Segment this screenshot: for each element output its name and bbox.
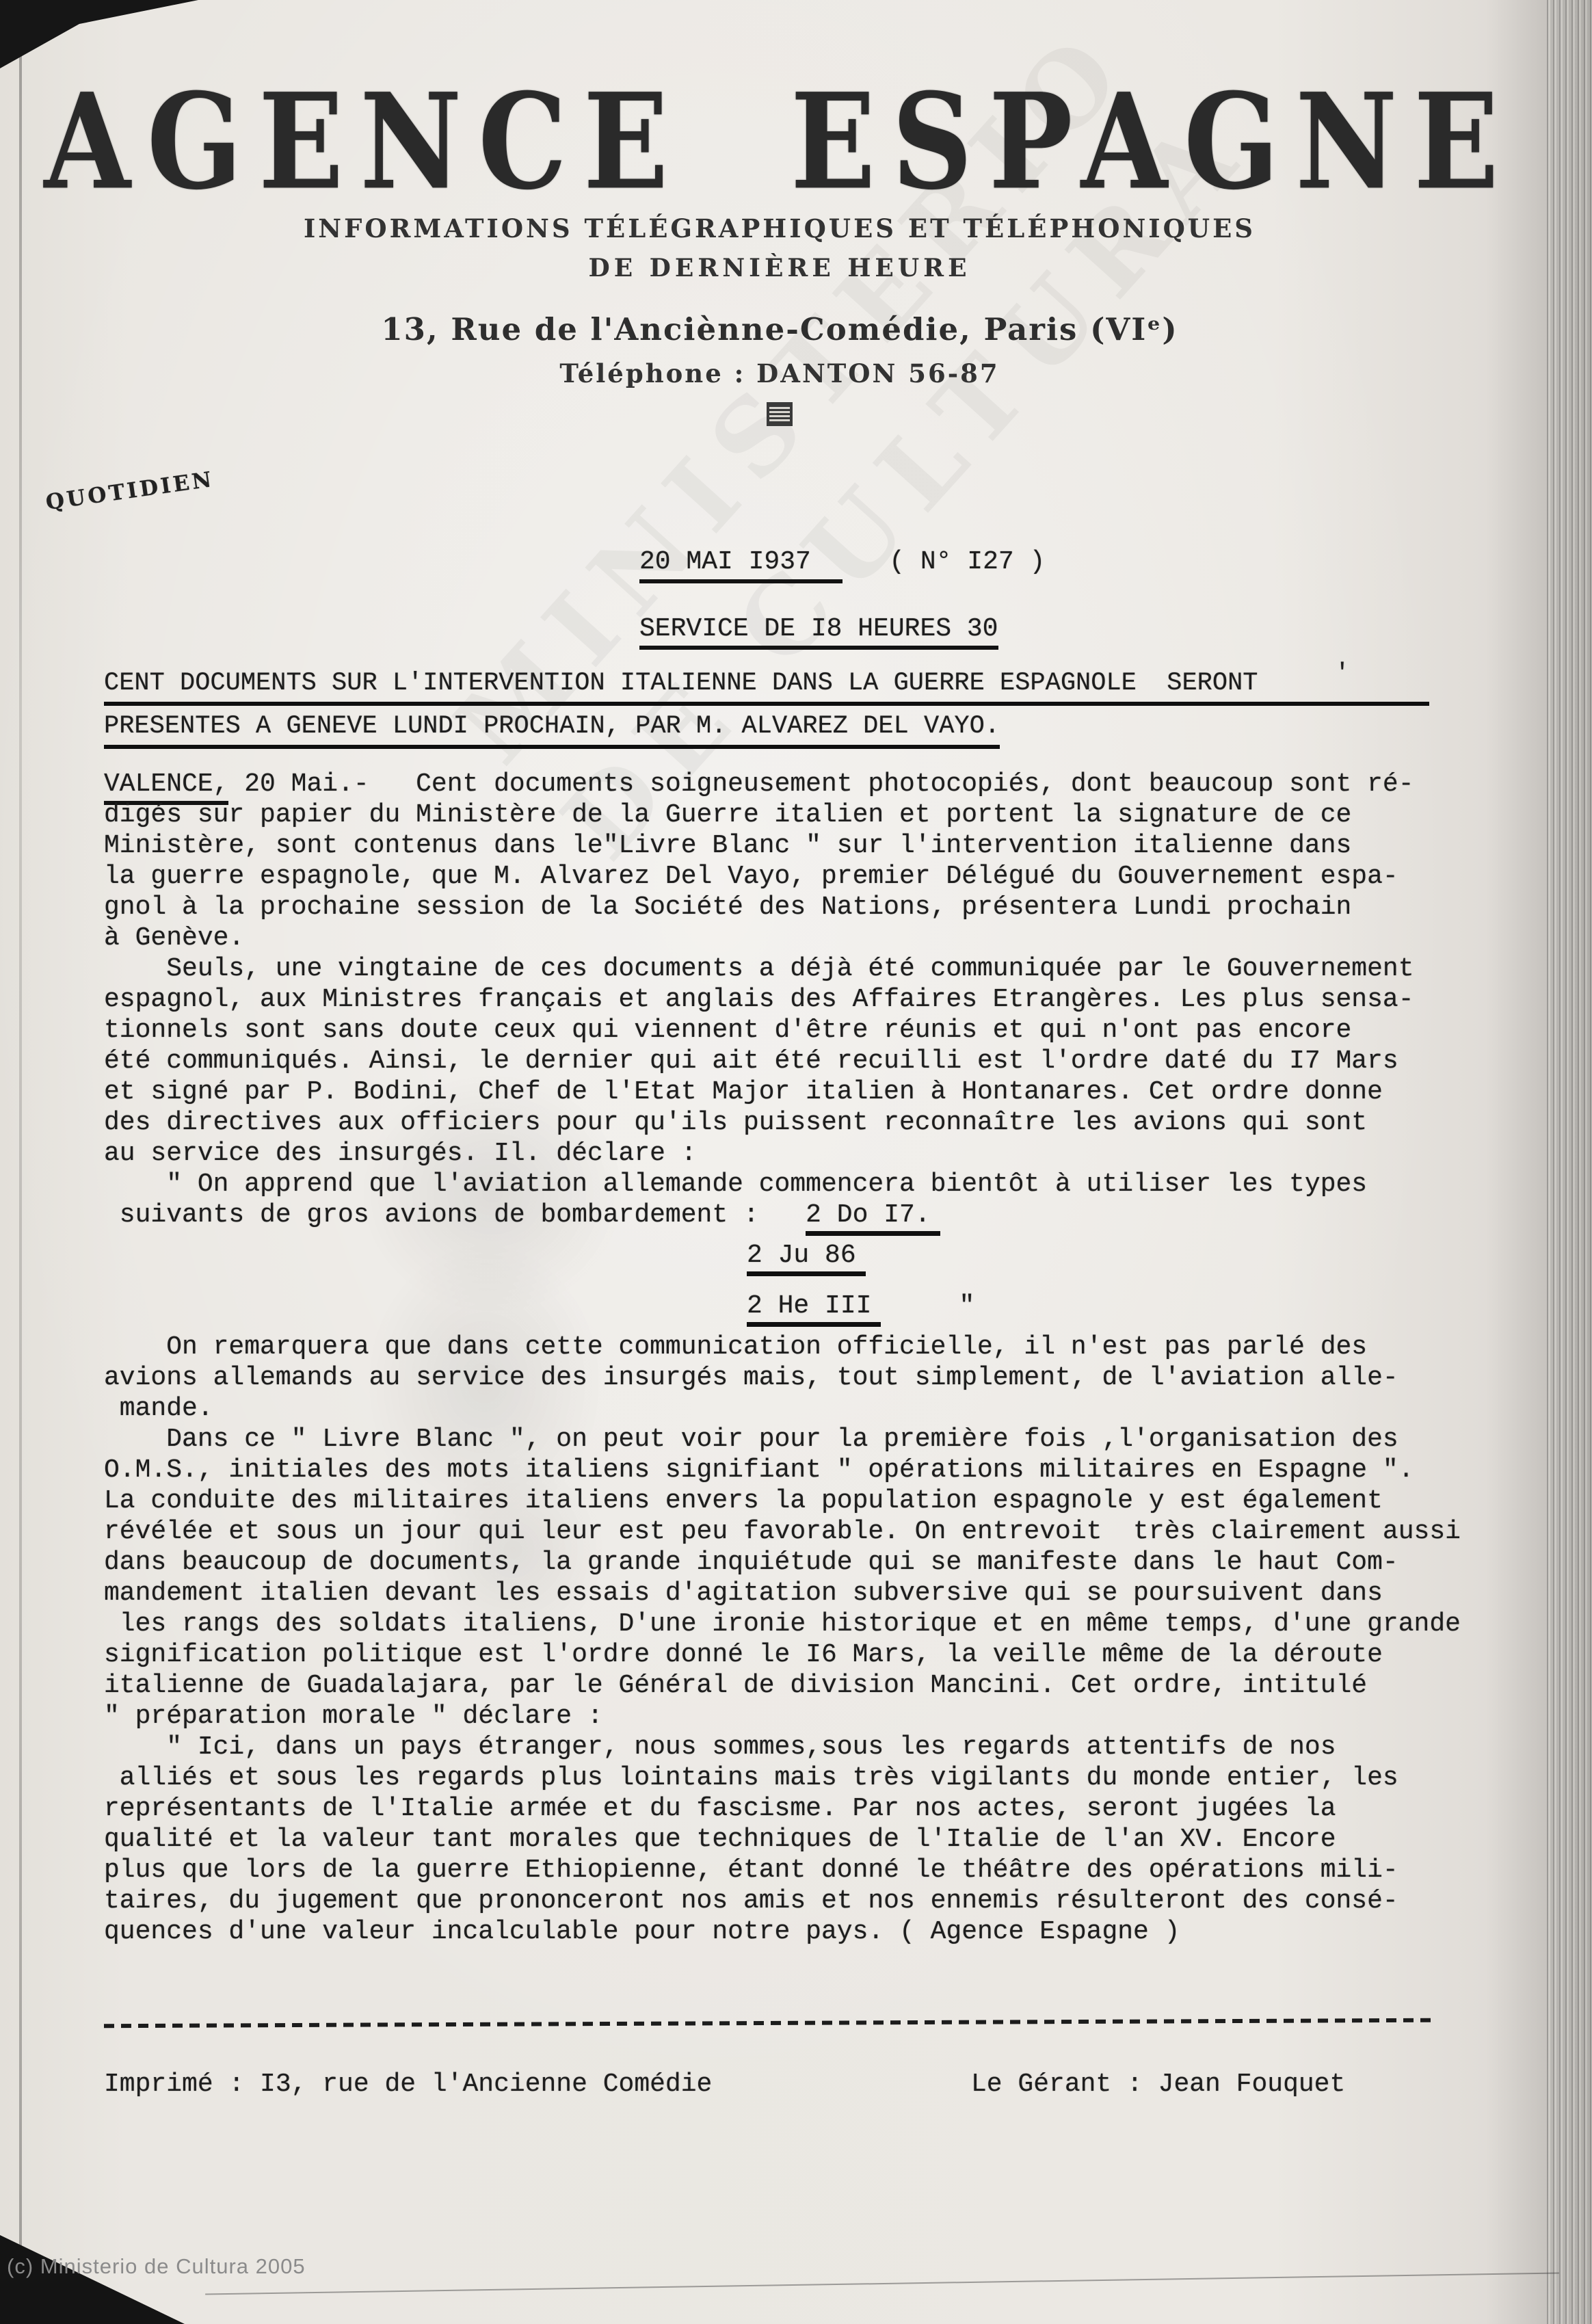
agency-title: AGENCE ESPAGNE: [41, 65, 1518, 219]
body-line: révélée et sous un jour qui leur est peu…: [104, 1516, 1523, 1547]
body-line: VALENCE, 20 Mai.- Cent documents soigneu…: [104, 769, 1523, 800]
printer-ornament-icon: [769, 405, 790, 423]
body-line: " Ici, dans un pays étranger, nous somme…: [104, 1732, 1523, 1762]
body-line: représentants de l'Italie armée et du fa…: [104, 1793, 1523, 1824]
issue-date: 20 MAI I937: [639, 547, 843, 583]
body-line: à Genève.: [104, 923, 1523, 953]
body-line: la guerre espagnole, que M. Alvarez Del …: [104, 861, 1523, 892]
body-line: espagnol, aux Ministres français et angl…: [104, 984, 1523, 1015]
footer-manager: Le Gérant : Jean Fouquet: [971, 2070, 1345, 2099]
article-body: VALENCE, 20 Mai.- Cent documents soigneu…: [104, 769, 1523, 1947]
service-label: SERVICE DE I8 HEURES 30: [639, 614, 998, 650]
aircraft-item: 2 He III: [747, 1291, 881, 1327]
body-line: Dans ce " Livre Blanc ", on peut voir po…: [104, 1424, 1523, 1455]
headline-line-2: PRESENTES A GENEVE LUNDI PROCHAIN, PAR M…: [104, 712, 1000, 749]
body-line: Seuls, une vingtaine de ces documents a …: [104, 953, 1523, 984]
body-line-text: 20 Mai.- Cent documents soigneusement ph…: [228, 769, 1414, 799]
masthead-phone: Téléphone : DANTON 56-87: [41, 358, 1518, 388]
body-line: mandement italien devant les essais d'ag…: [104, 1578, 1523, 1609]
masthead-subtitle-2: DE DERNIÈRE HEURE: [41, 254, 1518, 282]
edition-stamp: QUOTIDIEN: [44, 467, 216, 515]
body-line: taires, du jugement que prononceront nos…: [104, 1886, 1523, 1916]
body-line: et signé par P. Bodini, Chef de l'Etat M…: [104, 1077, 1523, 1107]
footer-imprint: Imprimé : I3, rue de l'Ancienne Comédie: [104, 2070, 712, 2099]
body-line: digés sur papier du Ministère de la Guer…: [104, 800, 1523, 830]
aircraft-line: 2 Ju 86: [104, 1230, 1523, 1281]
body-line: des directives aux officiers pour qu'ils…: [104, 1107, 1523, 1138]
body-line: signification politique est l'ordre donn…: [104, 1639, 1523, 1670]
body-line: italienne de Guadalajara, par le Général…: [104, 1670, 1523, 1701]
body-line: au service des insurgés. Il. déclare :: [104, 1138, 1523, 1169]
scan-corner-bottom-left: [0, 2235, 185, 2324]
masthead-address: 13, Rue de l'Anciènne-Comédie, Paris (VI…: [41, 311, 1518, 347]
page-bottom-edge: [205, 2272, 1559, 2295]
aircraft-line: 2 He III ": [104, 1281, 1523, 1332]
headline-stray-mark: ': [1335, 659, 1350, 687]
headline: CENT DOCUMENTS SUR L'INTERVENTION ITALIE…: [104, 669, 1429, 749]
body-line: les rangs des soldats italiens, D'une ir…: [104, 1609, 1523, 1639]
dashed-separator: [104, 2018, 1431, 2028]
body-line: Ministère, sont contenus dans le"Livre B…: [104, 830, 1523, 861]
body-line: été communiqués. Ainsi, le dernier qui a…: [104, 1046, 1523, 1077]
body-line: suivants de gros avions de bombardement …: [104, 1200, 1523, 1230]
service-line: SERVICE DE I8 HEURES 30: [639, 614, 998, 644]
closing-quote: ": [881, 1291, 974, 1321]
body-line: O.M.S., initiales des mots italiens sign…: [104, 1455, 1523, 1485]
body-line: " On apprend que l'aviation allemande co…: [104, 1169, 1523, 1200]
issue-line: 20 MAI I937 ( N° I27 ): [639, 547, 1045, 577]
masthead: AGENCE ESPAGNE INFORMATIONS TÉLÉGRAPHIQU…: [41, 0, 1518, 427]
body-line: alliés et sous les regards plus lointain…: [104, 1762, 1523, 1793]
body-line: gnol à la prochaine session de la Sociét…: [104, 892, 1523, 923]
copyright-watermark: (c) Ministerio de Cultura 2005: [7, 2254, 306, 2279]
scanned-document-page: MINISTERIO DE CULTURA AGENCE ESPAGNE INF…: [0, 0, 1592, 2324]
aircraft-item: 2 Ju 86: [747, 1241, 866, 1276]
body-line: avions allemands au service des insurgés…: [104, 1362, 1523, 1393]
body-line: tionnels sont sans doute ceux qui vienne…: [104, 1015, 1523, 1046]
body-line: mande.: [104, 1393, 1523, 1424]
issue-number: ( N° I27 ): [843, 547, 1045, 577]
body-line: " préparation morale " déclare :: [104, 1701, 1523, 1732]
body-line: qualité et la valeur tant morales que te…: [104, 1824, 1523, 1855]
body-line: plus que lors de la guerre Ethiopienne, …: [104, 1855, 1523, 1886]
book-page-edges: [1547, 0, 1592, 2324]
body-line: La conduite des militaires italiens enve…: [104, 1485, 1523, 1516]
body-line: dans beaucoup de documents, la grande in…: [104, 1547, 1523, 1578]
body-line-text: suivants de gros avions de bombardement …: [104, 1200, 806, 1230]
page-fold-crease: [19, 41, 22, 2298]
body-line: On remarquera que dans cette communicati…: [104, 1332, 1523, 1362]
body-line: quences d'une valeur incalculable pour n…: [104, 1916, 1523, 1947]
headline-line-1: CENT DOCUMENTS SUR L'INTERVENTION ITALIE…: [104, 669, 1429, 706]
